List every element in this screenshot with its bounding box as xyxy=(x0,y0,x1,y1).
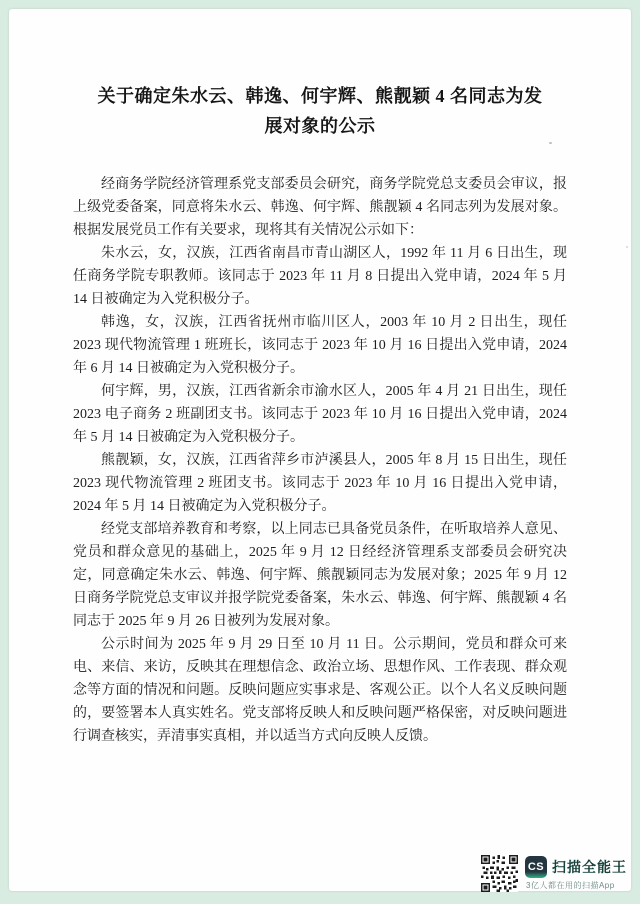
paragraph-hanyi: 韩逸，女，汉族，江西省抚州市临川区人，2003 年 10 月 2 日出生，现任 … xyxy=(73,311,567,380)
paragraph-publicity-period: 公示时间为 2025 年 9 月 29 日至 10 月 11 日。公示期间，党员… xyxy=(73,633,567,748)
watermark-text-block: CS 扫描全能王 3亿人都在用的扫描App xyxy=(525,856,627,891)
paragraph-decision: 经党支部培养教育和考察，以上同志已具备党员条件，在听取培养人意见、党员和群众意见… xyxy=(73,518,567,633)
paragraph-heyuhui: 何宇辉，男，汉族，江西省新余市渝水区人，2005 年 4 月 21 日出生，现任… xyxy=(73,380,567,449)
scan-speck-artifact xyxy=(549,142,552,144)
watermark-brand-name: 扫描全能王 xyxy=(552,857,627,877)
watermark-brand-row: CS 扫描全能王 xyxy=(525,856,627,878)
scan-speck-artifact xyxy=(626,246,628,248)
document-title-line1: 关于确定朱水云、韩逸、何宇辉、熊靓颖 4 名同志为发 xyxy=(73,81,567,111)
document-title: 关于确定朱水云、韩逸、何宇辉、熊靓颖 4 名同志为发 展对象的公示 xyxy=(73,81,567,141)
camscanner-watermark: CS 扫描全能王 3亿人都在用的扫描App xyxy=(481,855,627,892)
document-body: 经商务学院经济管理系党支部委员会研究，商务学院党总支委员会审议，报上级党委备案，… xyxy=(73,173,567,748)
watermark-tagline: 3亿人都在用的扫描App xyxy=(525,880,627,891)
camscanner-logo-icon: CS xyxy=(525,856,547,878)
paragraph-zhushuiyun: 朱水云，女，汉族，江西省南昌市青山湖区人，1992 年 11 月 6 日出生，现… xyxy=(73,242,567,311)
qr-code-icon xyxy=(481,855,518,892)
document-title-line2: 展对象的公示 xyxy=(73,111,567,141)
scanned-document-page: 关于确定朱水云、韩逸、何宇辉、熊靓颖 4 名同志为发 展对象的公示 经商务学院经… xyxy=(9,9,631,891)
paragraph-intro: 经商务学院经济管理系党支部委员会研究，商务学院党总支委员会审议，报上级党委备案，… xyxy=(73,173,567,242)
paragraph-xiongliangying: 熊靓颖，女，汉族，江西省萍乡市泸溪县人，2005 年 8 月 15 日出生，现任… xyxy=(73,449,567,518)
